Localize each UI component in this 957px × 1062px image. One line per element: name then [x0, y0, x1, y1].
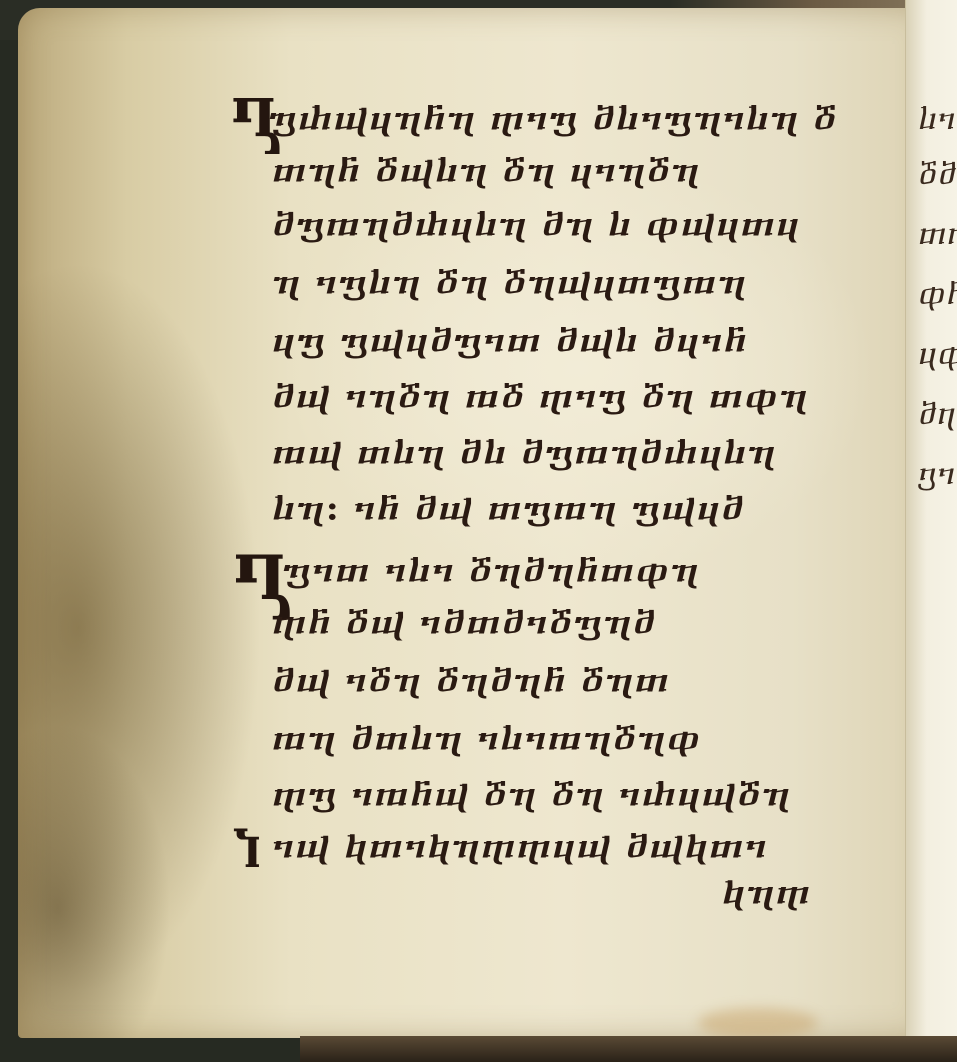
- text-line: ⴋⴓ ⴈⴄⴃⴄ ⴊⴃ ⴅⴈⴂ ⴃⴄ ⴇⴔⴄ: [272, 378, 809, 416]
- facing-text-fragment: ⴔⴌ: [918, 280, 957, 310]
- text-line: ⴑⴄ: ⴈⴌ ⴋⴓ ⴇⴂⴊⴄ ⴂⴓⴗⴋ: [272, 490, 745, 528]
- facing-page-edge: ⴑⴈⴄ ⴃⴋ ⴇⴄ ⴔⴌ ⴗⴔ ⴋⴄ ⴂⴈ: [905, 0, 957, 1062]
- facing-text-fragment: ⴂⴈ: [918, 460, 956, 490]
- text-line: ⴅⴌ ⴃⴓ ⴈⴋⴇⴋⴈⴃⴂⴄⴋ: [272, 604, 656, 642]
- facing-text-fragment: ⴗⴔ: [918, 340, 957, 370]
- facing-text-fragment: ⴃⴋ: [918, 160, 957, 190]
- facing-text-fragment: ⴑⴈⴄ: [918, 105, 957, 135]
- text-line: ⴂⴐⴓⴗⴄⴌⴄ ⴅⴈⴂ ⴋⴑⴈⴂⴄⴈⴑⴄ ⴃ: [268, 100, 838, 138]
- text-line: ⴋⴓ ⴈⴃⴄ ⴃⴄⴋⴄⴌ ⴃⴄⴇ: [272, 662, 670, 700]
- text-line: ⴄ ⴈⴂⴑⴄ ⴃⴄ ⴃⴄⴓⴗⴇⴂⴊⴄ: [272, 264, 747, 302]
- text-line: ⴈⴓ ⴉⴇⴈⴉⴄⴅⴅⴗⴓ ⴋⴓⴉⴇⴈ: [272, 828, 768, 866]
- text-line: ⴊⴄ ⴋⴇⴑⴄ ⴈⴑⴈⴊⴄⴃⴄⴔ: [272, 720, 702, 758]
- text-line: ⴇⴄⴌ ⴃⴓⴑⴄ ⴃⴄ ⴗⴈⴄⴃⴄ: [272, 152, 700, 190]
- decorated-initial: Ⴈ: [232, 824, 262, 878]
- text-line: ⴊⴓ ⴇⴑⴄ ⴋⴑ ⴋⴂⴊⴄⴋⴐⴗⴑⴄ: [272, 434, 777, 472]
- text-line: ⴂⴈⴇ ⴈⴑⴈ ⴃⴄⴋⴄⴌⴇⴔⴄ: [282, 552, 700, 590]
- facing-text-fragment: ⴋⴄ: [918, 400, 956, 430]
- text-line: ⴗⴂ ⴂⴓⴗⴋⴂⴈⴇ ⴋⴓⴑ ⴋⴗⴈⴌ: [272, 322, 748, 360]
- parchment-stain: [698, 1008, 818, 1038]
- text-line: ⴋⴂⴊⴄⴋⴐⴗⴑⴄ ⴋⴄ ⴑ ⴔⴓⴗⴇⴗ: [272, 206, 800, 244]
- facing-text-fragment: ⴇⴄ: [918, 220, 957, 250]
- text-line: ⴉⴄⴅ: [722, 874, 811, 912]
- book-cover-edge: [300, 1036, 957, 1062]
- text-line: ⴅⴂ ⴈⴊⴌⴓ ⴃⴄ ⴃⴄ ⴈⴐⴗⴓⴃⴄ: [272, 776, 791, 814]
